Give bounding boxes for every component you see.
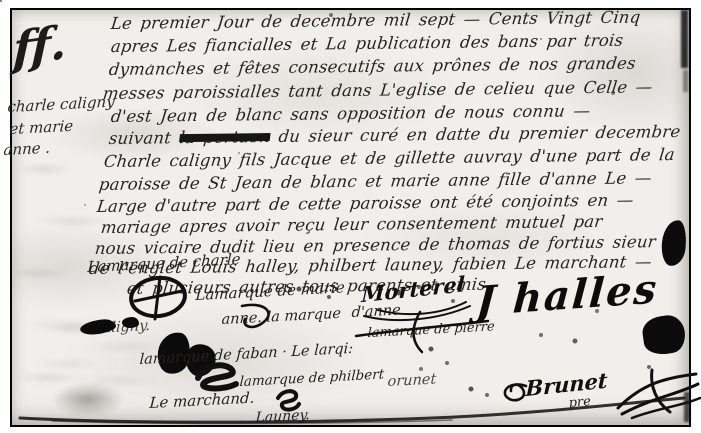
margin-monogram: ff.	[12, 14, 67, 76]
first-signature-flourish	[356, 300, 478, 324]
charle-cross-mark-icon	[128, 274, 188, 322]
page-bottom-edge	[12, 396, 688, 424]
mark-label-orunet: orunet	[387, 371, 437, 390]
margin-name-line: anne .	[3, 139, 51, 160]
paper-specks	[0, 0, 2, 2]
scan-edge-band	[681, 10, 688, 68]
struck-line-pre: suivant	[108, 128, 181, 148]
margin-name-line: et marie	[9, 117, 74, 138]
scanned-register-page: ff. charle caligny et marie anne . Le pr…	[0, 0, 701, 433]
scan-edge-band	[683, 70, 688, 92]
struck-word: la pertaon	[179, 127, 272, 147]
ink-blot	[122, 317, 139, 328]
